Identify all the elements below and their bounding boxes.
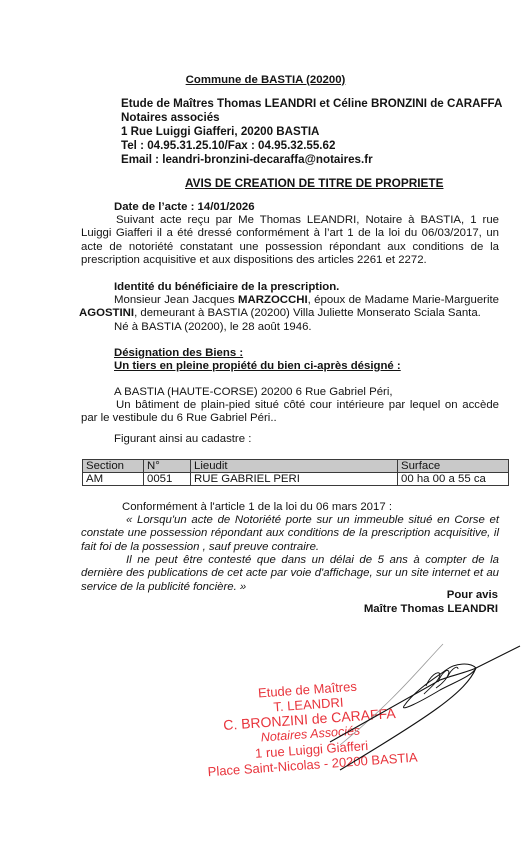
handwritten-signature-icon [0,0,531,852]
